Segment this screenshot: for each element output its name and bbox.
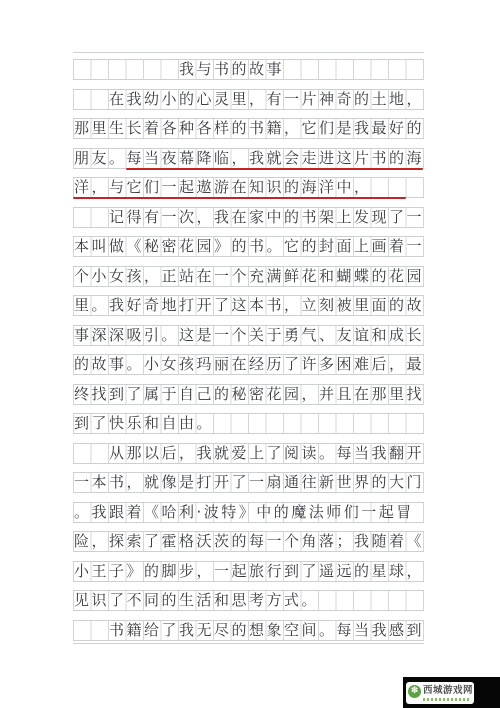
essay-line-text: 。我跟着《哈利·波特》中的魔法师们一起冒 (73, 503, 425, 522)
red-underline (73, 197, 406, 199)
essay-line-text: 记得有一次，我在家中的书架上发现了一 (73, 208, 460, 227)
essay-line-text: 洋，与它们一起遨游在知识的海洋中， (73, 178, 425, 197)
essay-line: 。我跟着《哈利·波特》中的魔法师们一起冒 (73, 502, 424, 523)
essay-line-text: 小王子》的脚步，一起旅行到了遥远的星球， (73, 562, 425, 581)
essay-line-text: 事深深吸引。这是一个关于勇气、友谊和成长 (73, 326, 425, 345)
watermark-badge: ✽ 西城游戏网 (406, 682, 474, 704)
essay-line-text: 个小女孩，正站在一个充满鲜花和蝴蝶的花园 (73, 267, 425, 286)
essay-line-text: 一本书，就像是打开了一扇通往新世界的大门 (73, 473, 425, 492)
essay-line-text: 那里生长着各种各样的书籍，它们是我最好的 (73, 119, 425, 138)
essay-line-text: 朋友。每当夜幕降临，我就会走进这片书的海 (73, 149, 425, 168)
essay-line: 终找到了属于自己的秘密花园，并且在那里找 (73, 384, 424, 405)
essay-line: 那里生长着各种各样的书籍，它们是我最好的 (73, 118, 424, 139)
essay-line-text: 在我幼小的心灵里，有一片神奇的土地， (73, 90, 460, 109)
watermark-tagline-decoration (423, 698, 469, 701)
red-underline (126, 168, 423, 170)
essay-line: 一本书，就像是打开了一扇通往新世界的大门 (73, 472, 424, 493)
essay-line: 见识了不同的生活和思考方式。 (73, 590, 424, 611)
essay-line: 从那以后，我就爱上了阅读。每当我翻开 (73, 443, 424, 464)
essay-line-text: 本叫做《秘密花园》的书。它的封面上画着一 (73, 237, 425, 256)
essay-title: 我与书的故事 (73, 60, 500, 79)
essay-line: 到了快乐和自由。 (73, 413, 424, 434)
composition-paper: 我与书的故事 在我幼小的心灵里，有一片神奇的土地， 那里生长着各种各样的书籍，它… (73, 52, 424, 644)
watermark: ✽ 西城游戏网 (403, 677, 500, 708)
essay-line: 个小女孩，正站在一个充满鲜花和蝴蝶的花园 (73, 266, 424, 287)
essay-title-row: 我与书的故事 (73, 59, 424, 80)
watermark-logo-icon: ✽ (408, 685, 421, 698)
watermark-site-name: 西城游戏网 (423, 684, 473, 698)
essay-line: 里。我好奇地打开了这本书，立刻被里面的故 (73, 295, 424, 316)
essay-line: 小王子》的脚步，一起旅行到了遥远的星球， (73, 561, 424, 582)
essay-line-text: 见识了不同的生活和思考方式。 (73, 591, 425, 610)
essay-line-text: 书籍给了我无尽的想象空间。每当我感到 (73, 621, 460, 640)
essay-line-text: 到了快乐和自由。 (73, 414, 425, 433)
essay-line: 洋，与它们一起遨游在知识的海洋中， (73, 177, 424, 198)
essay-line-text: 里。我好奇地打开了这本书，立刻被里面的故 (73, 296, 425, 315)
essay-line: 在我幼小的心灵里，有一片神奇的土地， (73, 89, 424, 110)
essay-line: 的故事。小女孩玛丽在经历了许多困难后，最 (73, 354, 424, 375)
essay-line-text: 终找到了属于自己的秘密花园，并且在那里找 (73, 385, 425, 404)
essay-line-text: 的故事。小女孩玛丽在经历了许多困难后，最 (73, 355, 425, 374)
essay-line-text: 从那以后，我就爱上了阅读。每当我翻开 (73, 444, 460, 463)
essay-line: 本叫做《秘密花园》的书。它的封面上画着一 (73, 236, 424, 257)
essay-line: 朋友。每当夜幕降临，我就会走进这片书的海 (73, 148, 424, 169)
essay-line: 书籍给了我无尽的想象空间。每当我感到 (73, 620, 424, 641)
essay-line: 险，探索了霍格沃茨的每一个角落；我随着《 (73, 531, 424, 552)
essay-line: 记得有一次，我在家中的书架上发现了一 (73, 207, 424, 228)
essay-line-text: 险，探索了霍格沃茨的每一个角落；我随着《 (73, 532, 425, 551)
essay-line: 事深深吸引。这是一个关于勇气、友谊和成长 (73, 325, 424, 346)
